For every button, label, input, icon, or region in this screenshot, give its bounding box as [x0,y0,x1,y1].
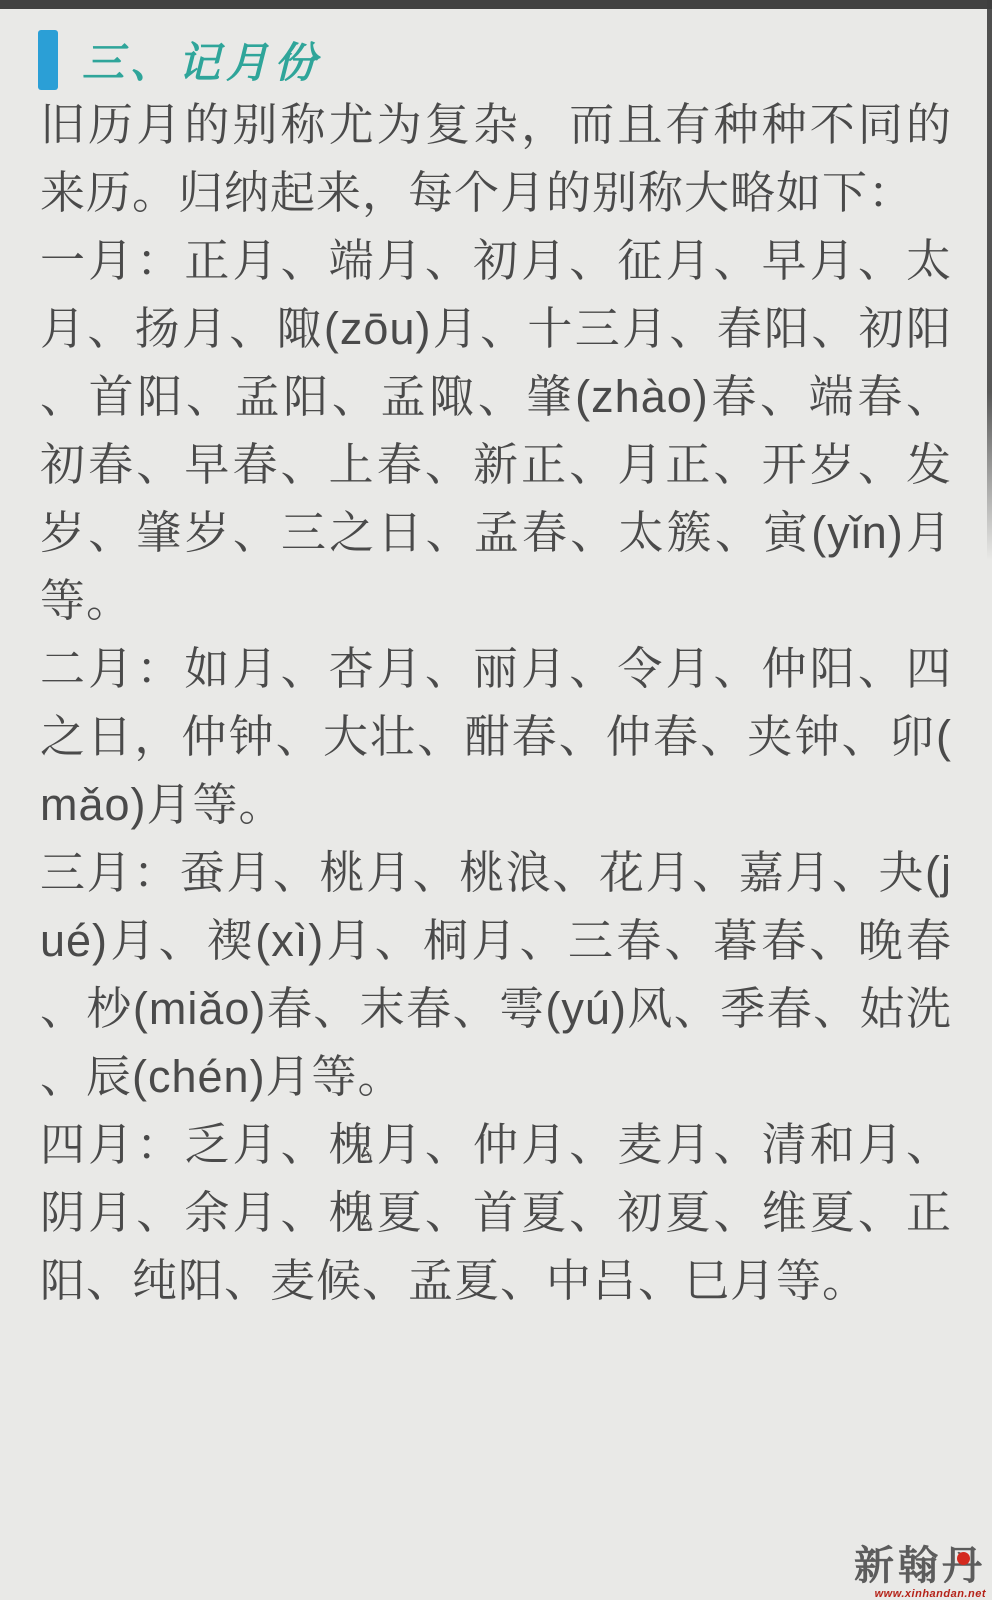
watermark-red-dot [957,1552,970,1565]
top-bar [0,0,992,9]
month-names: 正月、端月、初月、征月、早月、太月、扬月、陬(zōu)月、十三月、春阳、初阳、首… [40,235,952,626]
article-content: 三、记月份 旧历月的别称尤为复杂，而且有种种不同的来历。归纳起来，每个月的别称大… [0,29,992,1315]
month-section-january: 一月：正月、端月、初月、征月、早月、太月、扬月、陬(zōu)月、十三月、春阳、初… [40,227,952,635]
month-section-april: 四月：乏月、槐月、仲月、麦月、清和月、阴月、余月、槐夏、首夏、初夏、维夏、正阳、… [40,1111,952,1315]
screenshot-root: { "page_title": "三、记月份", "intro": "旧历月的别… [0,0,992,1600]
month-label: 四月： [40,1119,184,1170]
section-heading-row: 三、记月份 [38,29,952,91]
month-label: 二月： [40,643,184,694]
watermark: 新翰丹 www.xinhandan.net [854,1546,986,1600]
month-section-february: 二月：如月、杏月、丽月、令月、仲阳、四之日，仲钟、大壮、酣春、仲春、夹钟、卯(m… [40,635,952,839]
page-title: 三、记月份 [82,30,322,90]
accent-bar [38,30,58,90]
intro-paragraph: 旧历月的别称尤为复杂，而且有种种不同的来历。归纳起来，每个月的别称大略如下： [40,91,952,227]
month-section-march: 三月：蚕月、桃月、桃浪、花月、嘉月、夬(jué)月、禊(xì)月、桐月、三春、暮… [40,839,952,1111]
watermark-url: www.xinhandan.net [854,1589,986,1600]
month-label: 三月： [40,847,180,898]
month-label: 一月： [40,235,184,286]
